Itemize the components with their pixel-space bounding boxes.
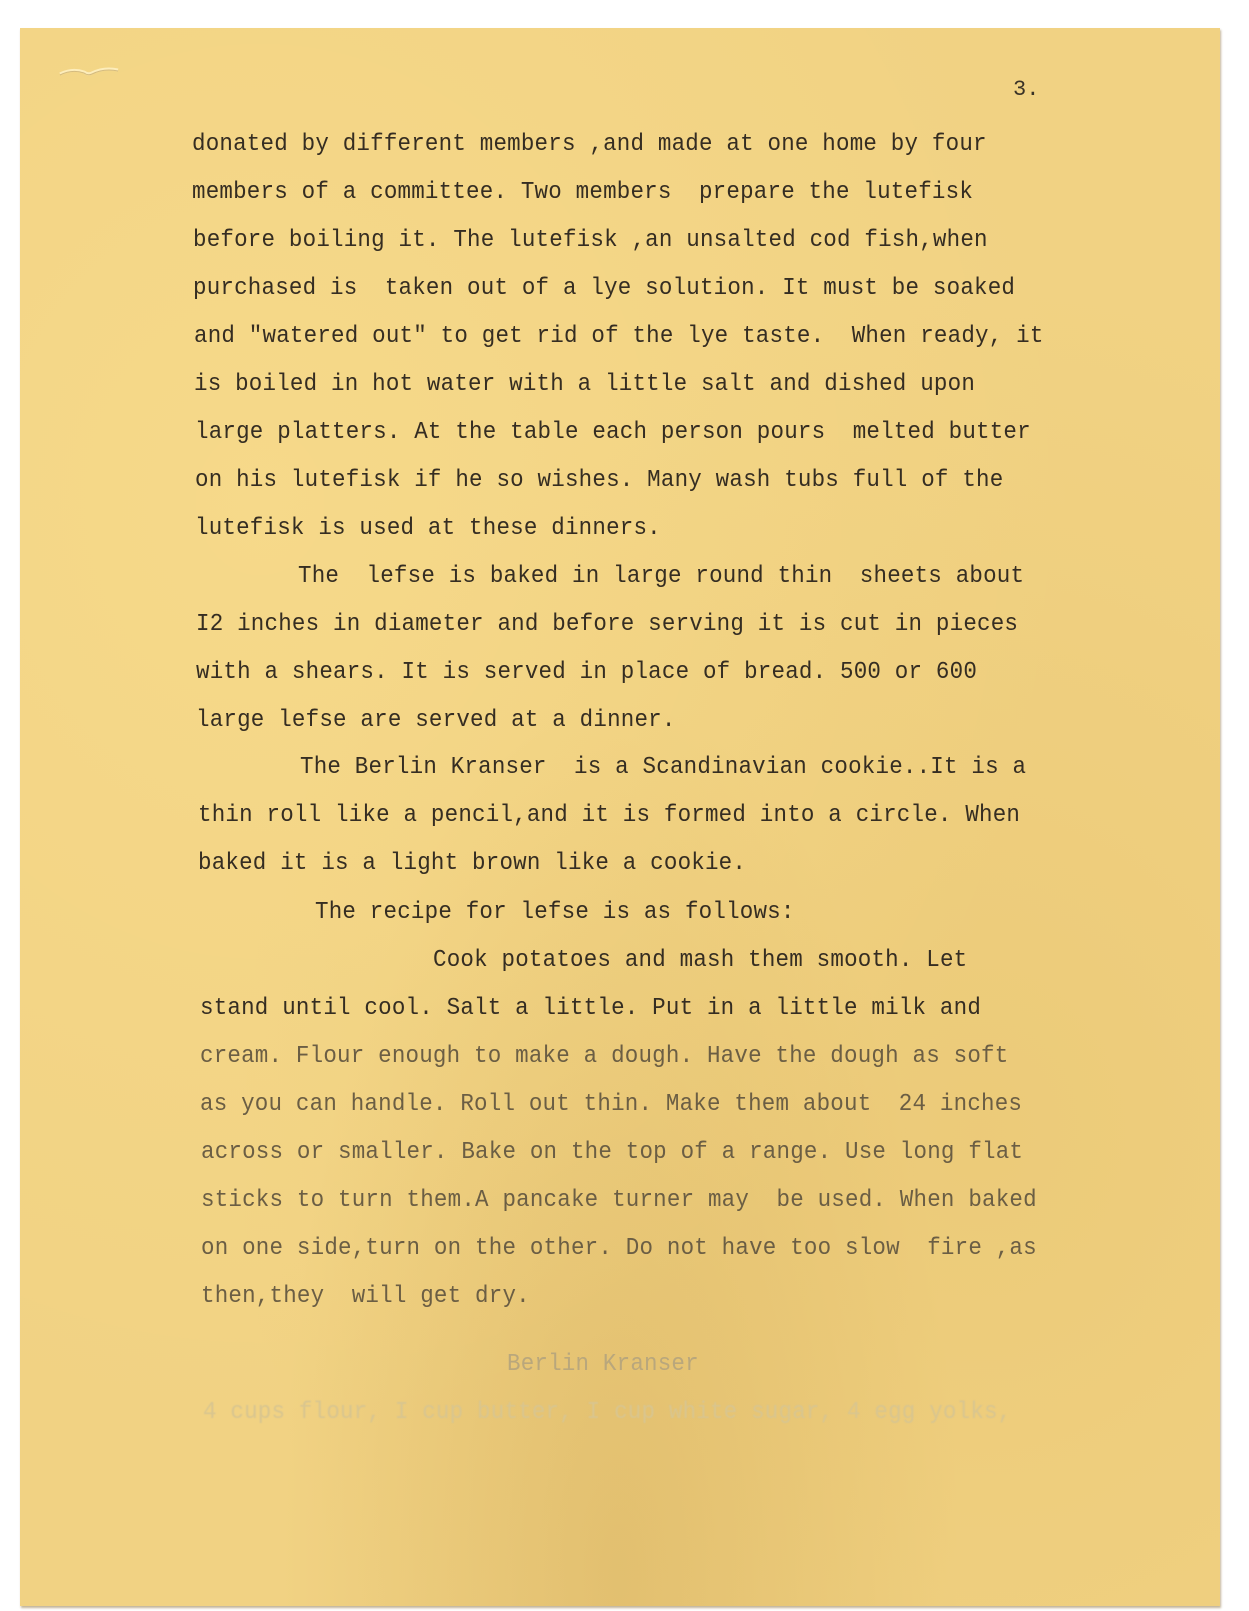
text-line: across or smaller. Bake on the top of a …: [201, 1138, 1023, 1165]
text-line: baked it is a light brown like a cookie.: [198, 849, 746, 876]
text-line: with a shears. It is served in place of …: [196, 658, 977, 685]
document-page: 3. donated by different members ,and mad…: [20, 28, 1220, 1606]
page-number: 3.: [1013, 77, 1039, 102]
staple-mark-icon: [58, 66, 138, 78]
text-line: as you can handle. Roll out thin. Make t…: [200, 1090, 1022, 1117]
text-line: purchased is taken out of a lye solution…: [193, 274, 1015, 301]
text-line: thin roll like a pencil,and it is formed…: [198, 801, 1020, 828]
recipe-first-line: Cook potatoes and mash them smooth. Let: [433, 946, 967, 973]
text-line: cream. Flour enough to make a dough. Hav…: [200, 1042, 1008, 1069]
faded-ingredients: 4 cups flour, I cup butter, I cup white …: [203, 1398, 1011, 1425]
text-line: I2 inches in diameter and before serving…: [196, 610, 1018, 637]
text-line: on his lutefisk if he so wishes. Many wa…: [195, 466, 1003, 493]
text-line: large lefse are served at a dinner.: [196, 706, 676, 733]
text-line: large platters. At the table each person…: [195, 418, 1031, 445]
recipe-intro: The recipe for lefse is as follows:: [315, 898, 795, 925]
text-line: then,they will get dry.: [201, 1282, 530, 1309]
text-line: is boiled in hot water with a little sal…: [194, 370, 975, 397]
text-line: members of a committee. Two members prep…: [192, 178, 973, 205]
text-line: and "watered out" to get rid of the lye …: [194, 322, 1044, 349]
text-line: sticks to turn them.A pancake turner may…: [201, 1186, 1037, 1213]
text-line: lutefisk is used at these dinners.: [195, 514, 661, 541]
paragraph-kranser-first-line: The Berlin Kranser is a Scandinavian coo…: [300, 753, 1026, 780]
text-line: before boiling it. The lutefisk ,an unsa…: [193, 226, 988, 253]
paragraph-lefse-first-line: The lefse is baked in large round thin s…: [298, 562, 1024, 589]
text-line: on one side,turn on the other. Do not ha…: [201, 1234, 1037, 1261]
text-line: donated by different members ,and made a…: [192, 130, 987, 157]
faded-heading: Berlin Kranser: [507, 1350, 699, 1377]
text-line: stand until cool. Salt a little. Put in …: [200, 994, 981, 1021]
